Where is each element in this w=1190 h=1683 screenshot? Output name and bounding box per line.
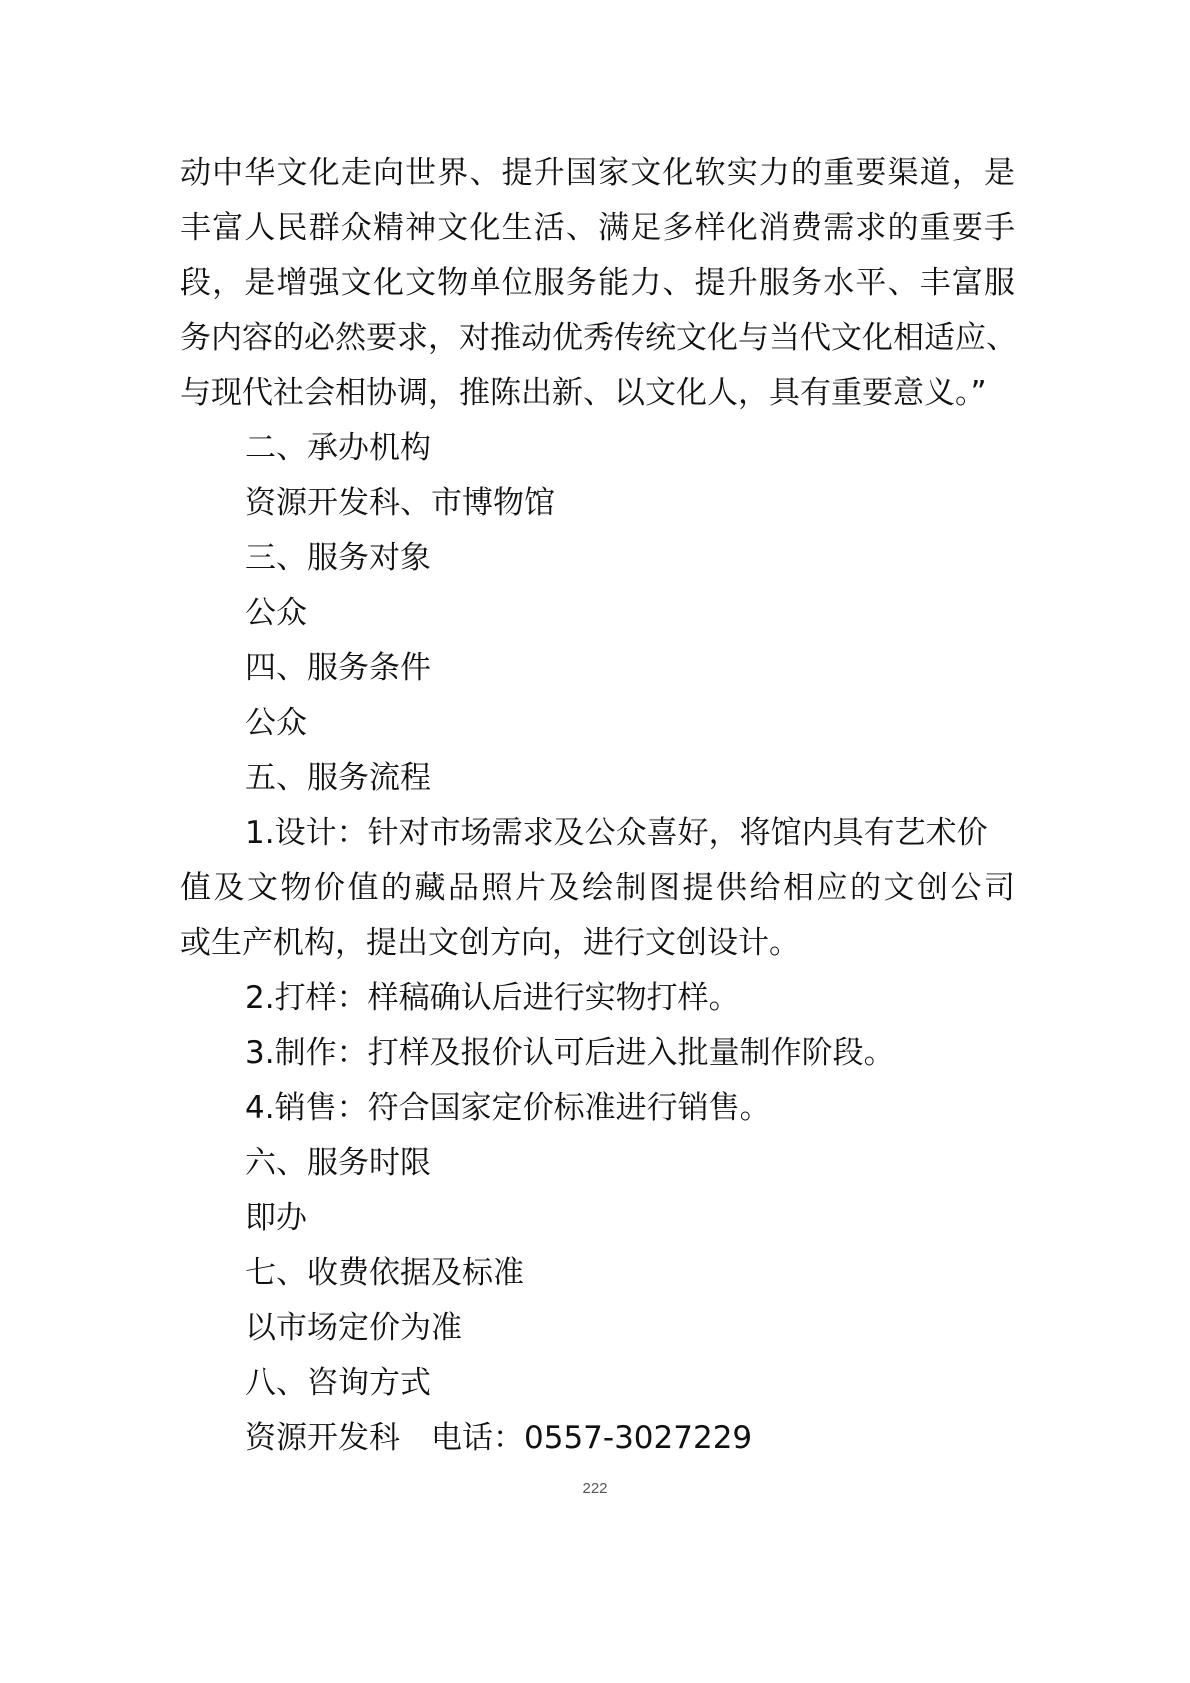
document-body: 动中华文化走向世界、提升国家文化软实力的重要渠道，是 丰富人民群众精神文化生活、… [180,146,1015,1466]
section-body-service-target: 公众 [180,586,1015,641]
section-heading-time-limit: 六、服务时限 [180,1136,1015,1191]
paragraph-line: 动中华文化走向世界、提升国家文化软实力的重要渠道，是 [180,146,1015,201]
paragraph-line: 与现代社会相协调，推陈出新、以文化人，具有重要意义。” [180,366,1015,421]
process-step-production: 3.制作：打样及报价认可后进入批量制作阶段。 [180,1026,1015,1081]
section-body-fees: 以市场定价为准 [180,1301,1015,1356]
section-heading-service-process: 五、服务流程 [180,751,1015,806]
section-body-service-conditions: 公众 [180,696,1015,751]
process-step-design-line: 1.设计：针对市场需求及公众喜好，将馆内具有艺术价 [180,806,1015,861]
process-step-design-line: 值及文物价值的藏品照片及绘制图提供给相应的文创公司 [180,861,1015,916]
process-step-sample: 2.打样：样稿确认后进行实物打样。 [180,971,1015,1026]
paragraph-line: 务内容的必然要求，对推动优秀传统文化与当代文化相适应、 [180,311,1015,366]
section-heading-contact: 八、咨询方式 [180,1356,1015,1411]
section-body-organizer: 资源开发科、市博物馆 [180,476,1015,531]
section-heading-fees: 七、收费依据及标准 [180,1246,1015,1301]
section-heading-organizer: 二、承办机构 [180,421,1015,476]
paragraph-line: 丰富人民群众精神文化生活、满足多样化消费需求的重要手 [180,201,1015,256]
section-heading-service-conditions: 四、服务条件 [180,641,1015,696]
section-heading-service-target: 三、服务对象 [180,531,1015,586]
page-number: 222 [0,1480,1190,1497]
section-body-contact: 资源开发科 电话：0557-3027229 [180,1411,1015,1466]
paragraph-line: 段，是增强文化文物单位服务能力、提升服务水平、丰富服 [180,256,1015,311]
process-step-design-line: 或生产机构，提出文创方向，进行文创设计。 [180,916,1015,971]
process-step-sales: 4.销售：符合国家定价标准进行销售。 [180,1081,1015,1136]
section-body-time-limit: 即办 [180,1191,1015,1246]
